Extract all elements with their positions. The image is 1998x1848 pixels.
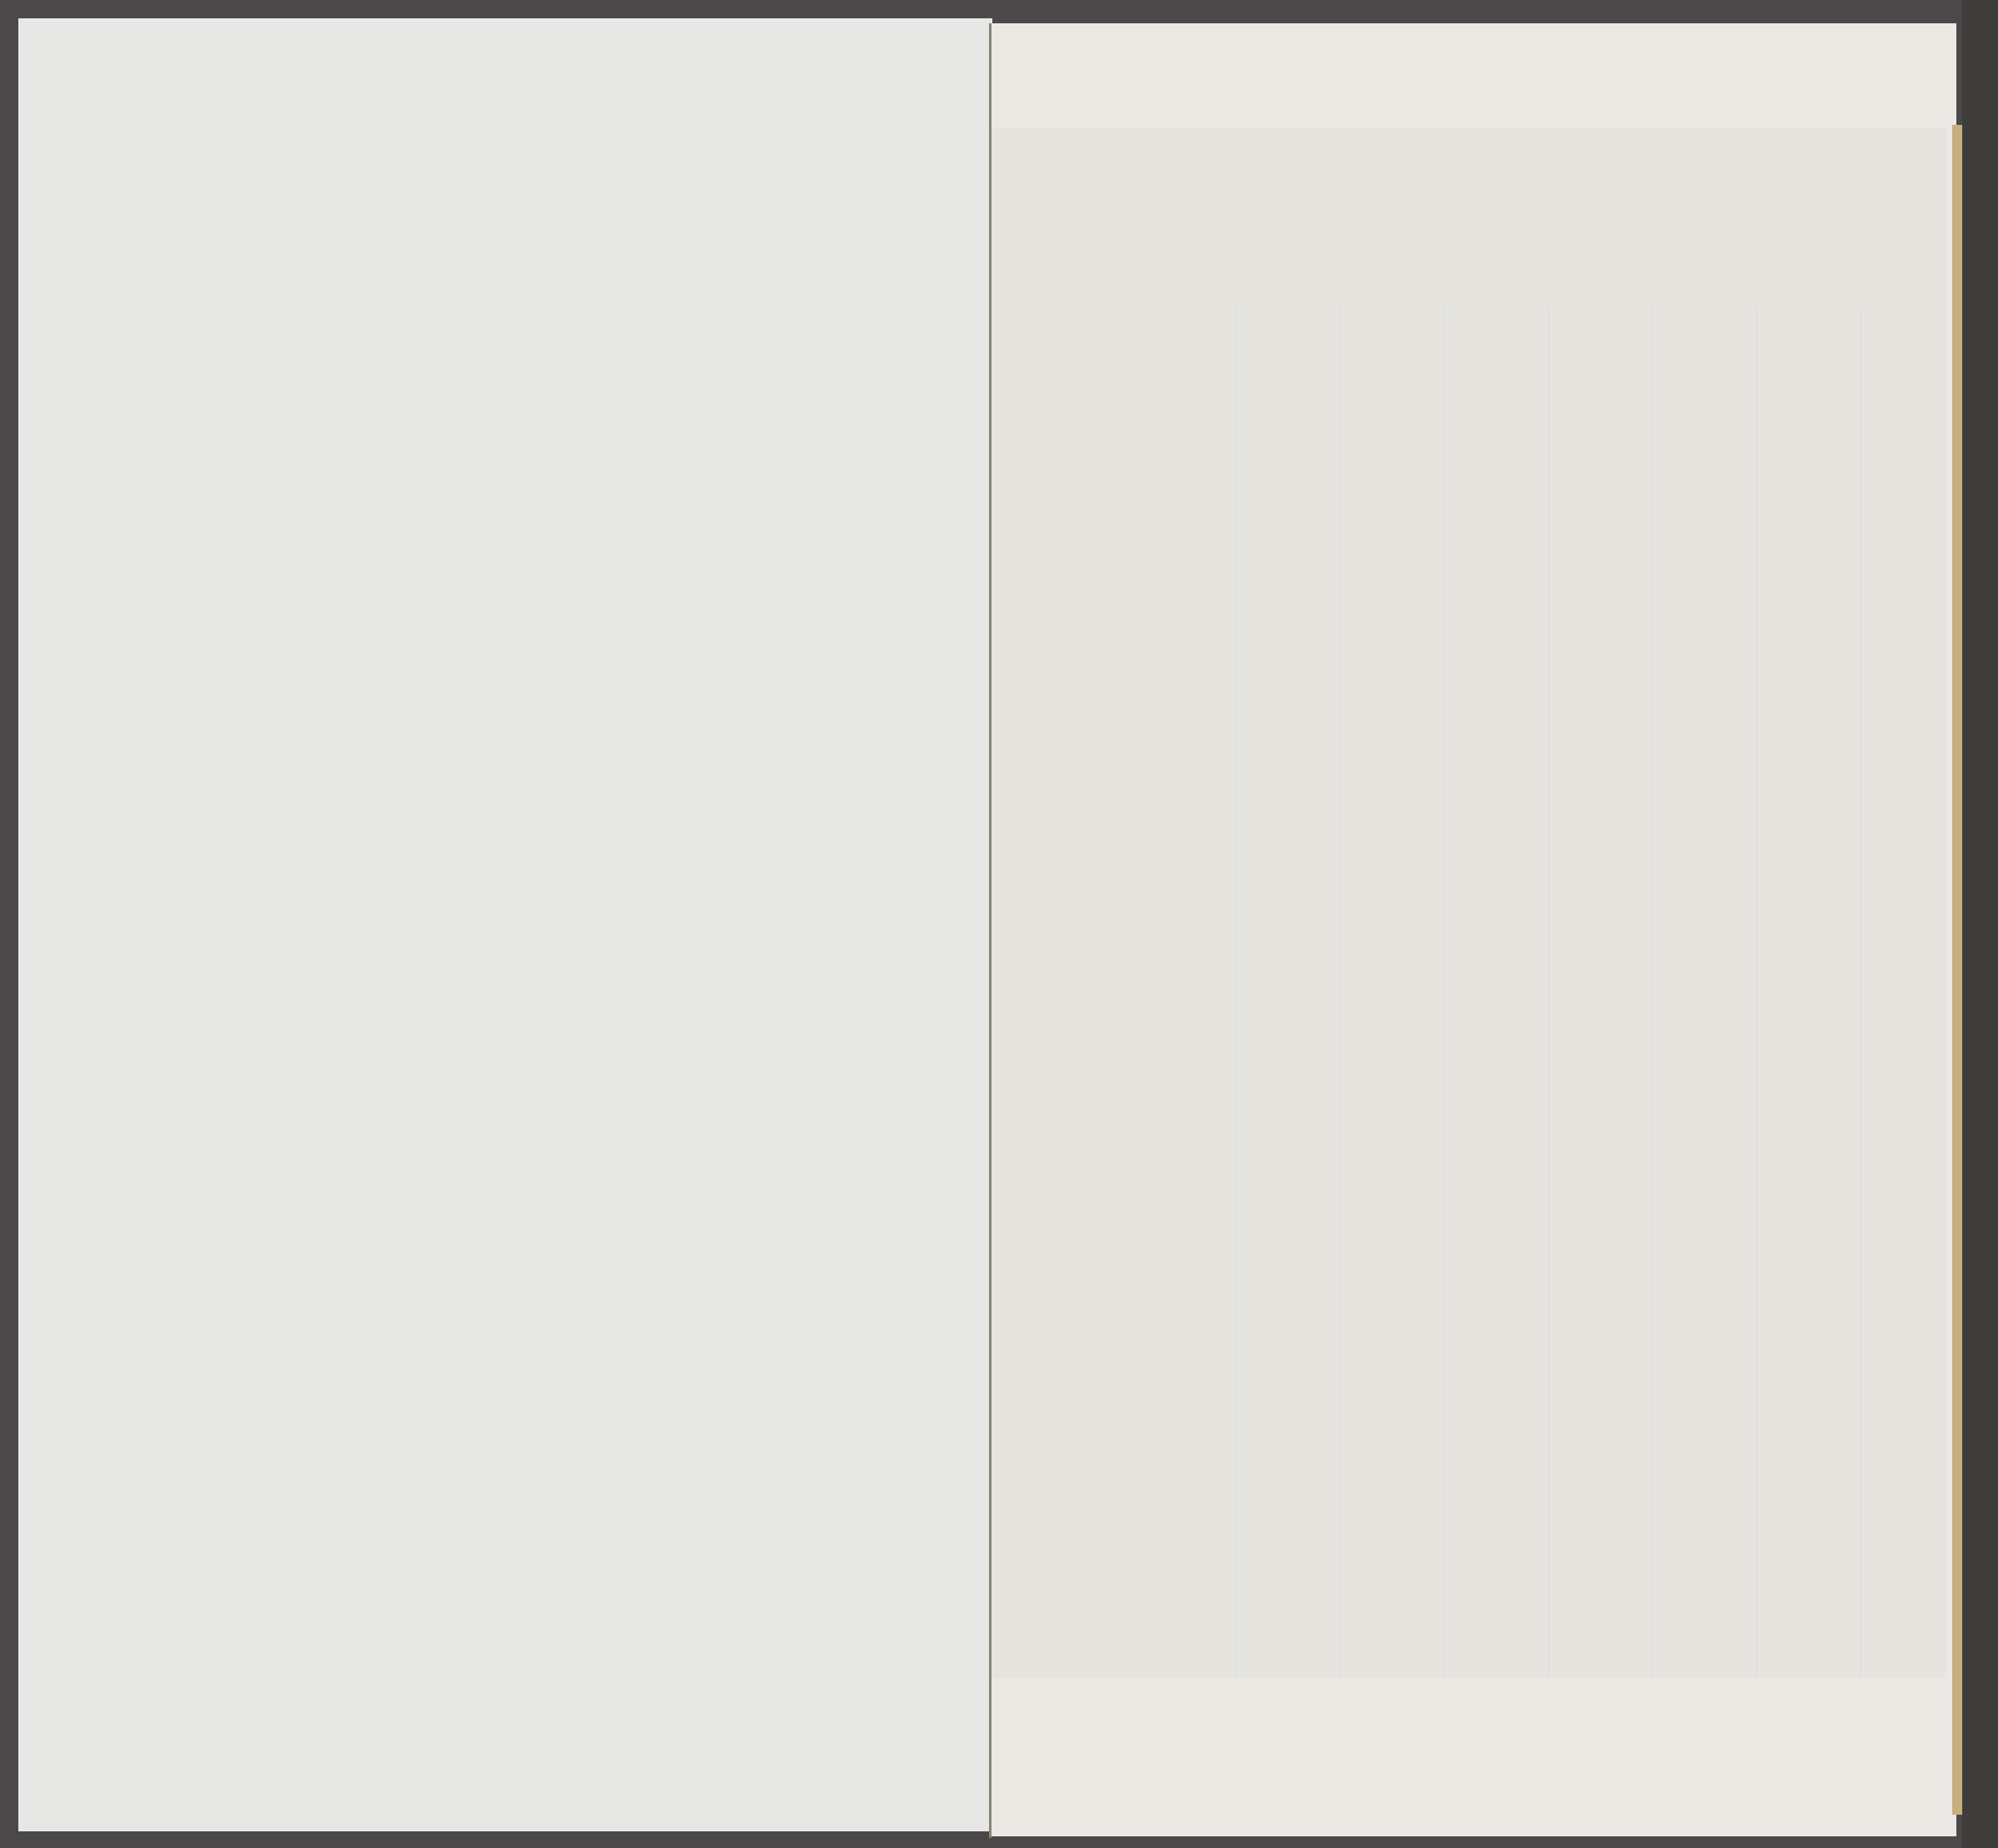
book-gutter xyxy=(989,23,992,1838)
right-page xyxy=(991,23,1956,1836)
column-rule xyxy=(1757,306,1757,1678)
column-rule xyxy=(1861,306,1861,1678)
background-edge xyxy=(1962,0,1998,1848)
column-rule xyxy=(1340,306,1341,1678)
left-page xyxy=(18,18,992,1831)
column-rule xyxy=(1236,306,1237,1678)
right-page-ruled-area xyxy=(991,127,1946,1678)
column-rule xyxy=(1548,306,1549,1678)
page-edge xyxy=(1952,125,1962,1815)
column-rule xyxy=(1653,306,1653,1678)
column-rule xyxy=(1444,306,1445,1678)
